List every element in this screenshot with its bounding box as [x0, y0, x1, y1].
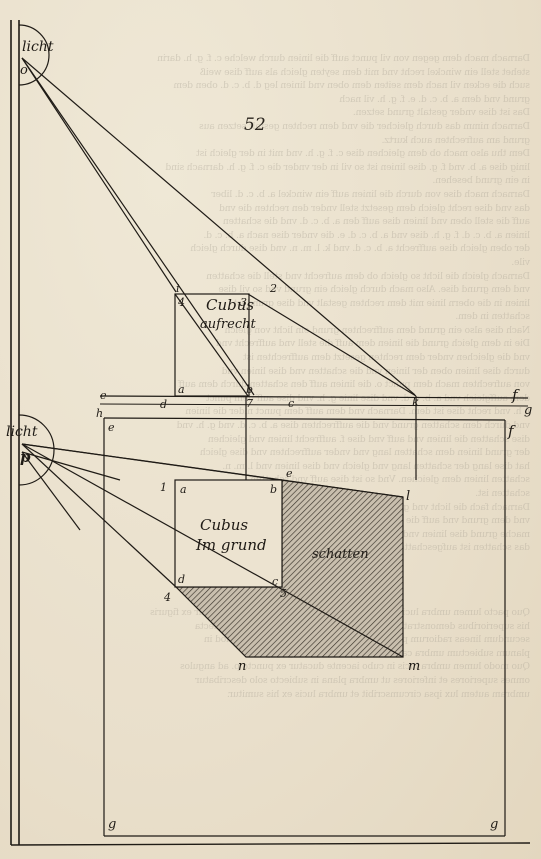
point-7: 7 [246, 398, 253, 409]
point-n: n [238, 660, 246, 673]
point-k: k [412, 396, 419, 408]
page-number: 52 [244, 115, 266, 135]
point-4-upper: 4 [178, 297, 185, 308]
point-m: m [408, 660, 420, 673]
light-label-lower: licht [6, 425, 37, 439]
point-b-lower: b [270, 484, 277, 495]
light-label-upper: licht [22, 40, 53, 54]
shadow-label: schatten [312, 548, 369, 561]
point-d-upper: d [160, 399, 167, 410]
point-4-lower: 4 [164, 592, 171, 603]
ground-cube-caption-2: Im grund [196, 538, 267, 553]
ground-cube-caption-1: Cubus [200, 518, 248, 533]
point-f-lower: f [508, 424, 514, 439]
point-i: i [176, 283, 180, 294]
upright-cube-caption-2: aufrecht [200, 318, 256, 331]
book-page: Darnach mach dem gegen von vil punct auf… [0, 0, 541, 859]
point-d-lower: d [178, 574, 185, 585]
point-h: h [96, 408, 103, 419]
point-g-bottom-left: g [108, 818, 116, 831]
bottom-rule [11, 843, 530, 845]
point-l: l [406, 490, 410, 503]
point-e-lower: e [286, 468, 293, 479]
point-o: o [20, 64, 28, 77]
perspective-shadow-woodcut [0, 0, 541, 859]
point-e-frame: e [108, 422, 115, 433]
point-f-upper: f [512, 388, 518, 403]
upright-cube-caption-1: Cubus [206, 298, 254, 313]
point-e-upper: e [100, 390, 107, 401]
point-g-bottom-right: g [490, 818, 498, 831]
point-p: p [20, 450, 31, 465]
point-5: 5 [280, 588, 287, 599]
point-b-upper: b [246, 384, 253, 395]
ray-o-to-4 [22, 58, 176, 292]
point-g-upper: g [524, 404, 532, 417]
point-1: 1 [160, 482, 167, 493]
point-c-upper: c [288, 398, 294, 409]
point-a-lower: a [180, 484, 187, 495]
point-2: 2 [270, 283, 277, 294]
point-a-upper: a [178, 384, 185, 395]
point-c-lower: c [272, 576, 278, 587]
